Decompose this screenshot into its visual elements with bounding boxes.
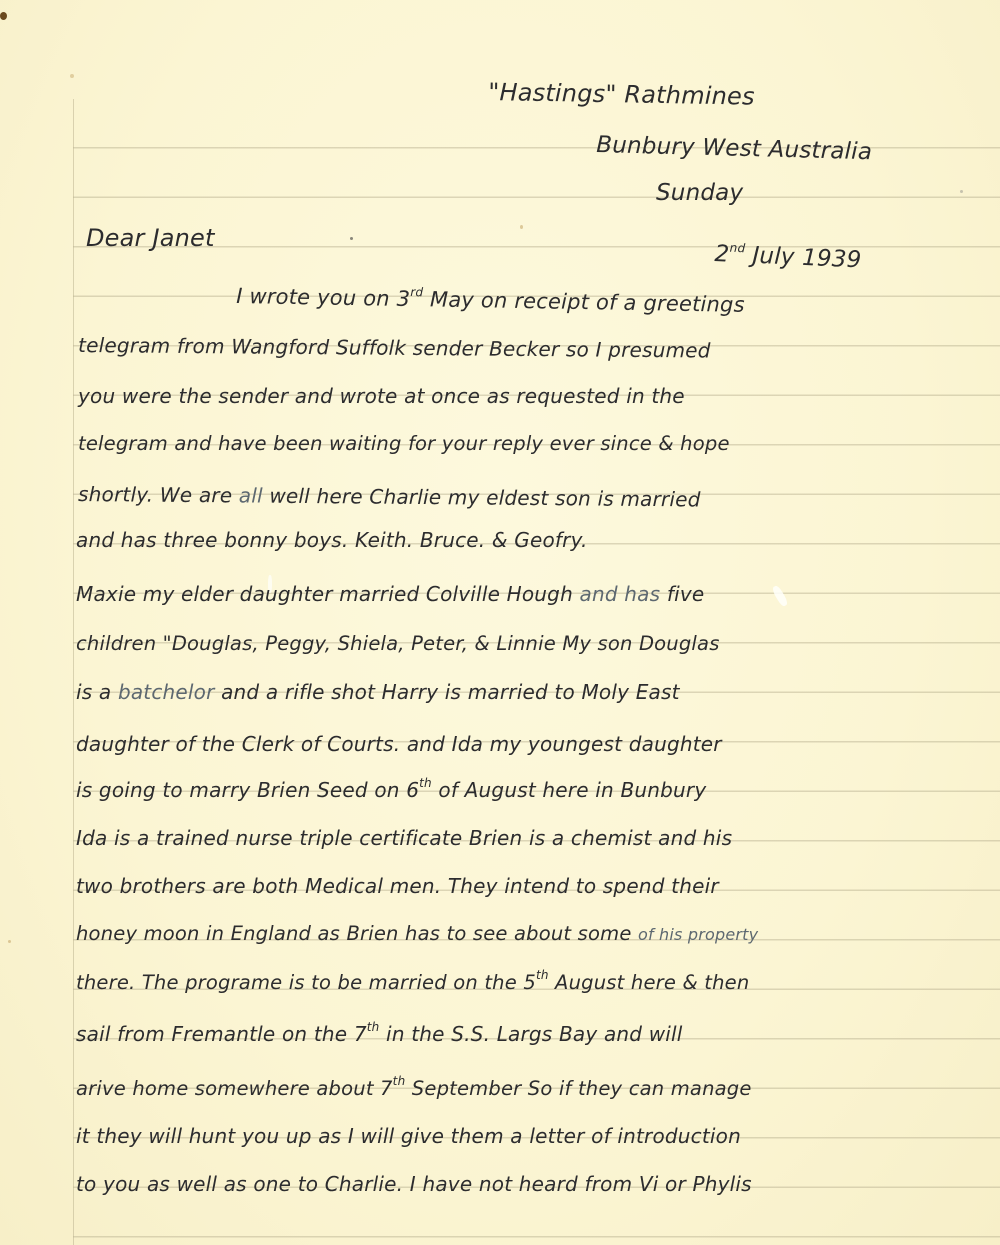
paper-spot <box>70 74 74 78</box>
paper-spot <box>8 940 11 943</box>
body-line: it they will hunt you up as I will give … <box>76 1124 741 1148</box>
body-line: Maxie my elder daughter married Colville… <box>76 582 704 606</box>
body-line: and has three bonny boys. Keith. Bruce. … <box>76 528 588 552</box>
body-line: to you as well as one to Charlie. I have… <box>76 1172 752 1196</box>
body-line: daughter of the Clerk of Courts. and Ida… <box>76 732 722 756</box>
date-suffix: nd <box>729 241 745 256</box>
date-month-year: July 1939 <box>752 243 862 274</box>
body-line: is a batchelor and a rifle shot Harry is… <box>76 680 680 704</box>
body-line: arive home somewhere about 7th September… <box>76 1074 752 1100</box>
margin-line <box>73 99 74 1245</box>
ink-dot <box>350 237 353 240</box>
body-line: honey moon in England as Brien has to se… <box>76 922 758 945</box>
body-line: telegram and have been waiting for your … <box>78 432 730 455</box>
letter-paper: "Hastings" Rathmines Bunbury West Austra… <box>0 0 1000 1245</box>
paper-spot <box>520 225 523 229</box>
body-line: there. The programe is to be married on … <box>76 968 749 994</box>
body-line: you were the sender and wrote at once as… <box>78 384 685 408</box>
body-line: two brothers are both Medical men. They … <box>76 874 719 898</box>
body-line: is going to marry Brien Seed on 6th of A… <box>76 776 706 802</box>
address-line-1: "Hastings" Rathmines <box>488 78 755 111</box>
salutation: Dear Janet <box>86 224 215 252</box>
paper-spot <box>960 190 963 193</box>
body-line: sail from Fremantle on the 7th in the S.… <box>76 1020 683 1046</box>
body-line: children "Douglas, Peggy, Shiela, Peter,… <box>76 632 720 655</box>
ink-blot <box>0 12 7 20</box>
date-day: 2 <box>714 241 730 268</box>
body-line: Ida is a trained nurse triple certificat… <box>76 826 732 850</box>
letter-day: Sunday <box>656 180 743 206</box>
